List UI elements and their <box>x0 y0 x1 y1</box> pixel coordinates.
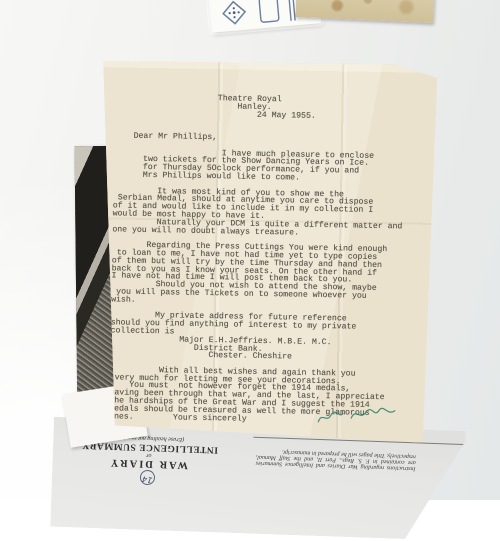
desk-background: Instructions regarding War Diaries and I… <box>0 0 500 500</box>
typewritten-letter: Theatre Royal Hanley. 24 May 1955. Dear … <box>93 59 438 443</box>
signature <box>315 403 404 430</box>
form-instructions: Instructions regarding War Diaries and I… <box>255 447 416 470</box>
page-number-badge: 14 <box>139 469 156 486</box>
letter-text: Theatre Royal Hanley. 24 May 1955. Dear … <box>109 93 405 425</box>
